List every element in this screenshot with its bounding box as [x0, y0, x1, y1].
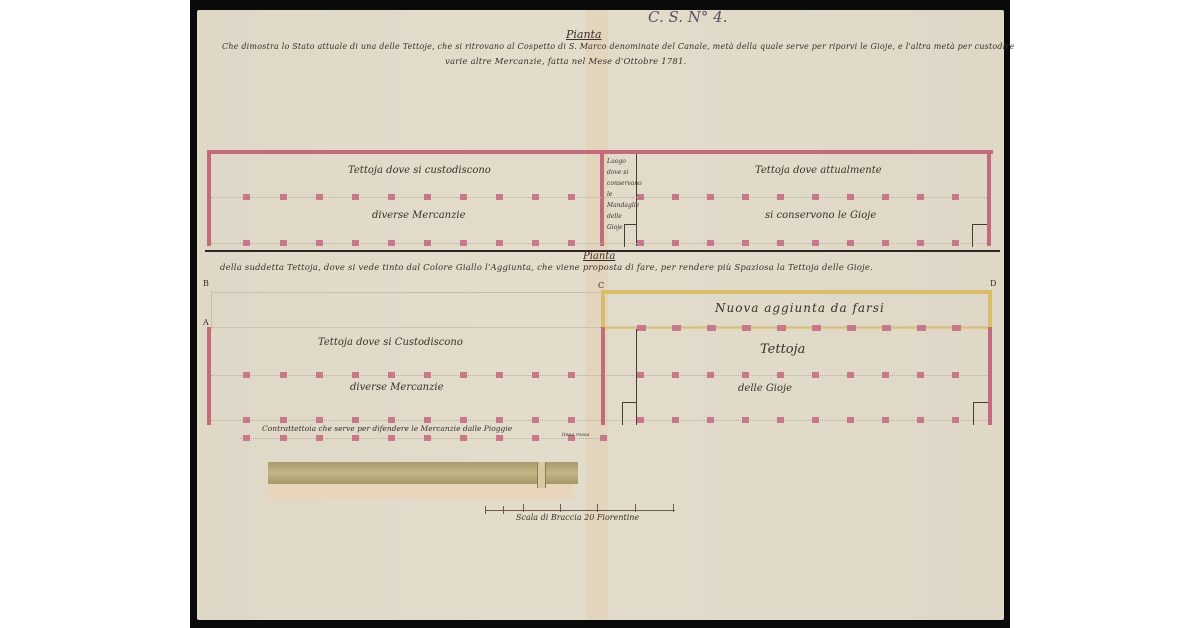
addition-right-wall	[988, 290, 992, 330]
pillar	[637, 194, 644, 200]
plan2-guide-line	[211, 375, 987, 376]
pillar	[532, 417, 539, 423]
corner-label-b: B	[203, 279, 209, 288]
pillar	[352, 194, 359, 200]
pillar	[243, 194, 250, 200]
pillar	[777, 194, 784, 200]
plan2-outline	[211, 290, 212, 330]
pillar	[812, 372, 819, 378]
addition-top-wall	[601, 290, 992, 294]
plan1-right-label-1: Tettoja dove attualmente	[755, 165, 882, 176]
pillar	[847, 325, 856, 331]
pillar	[460, 194, 467, 200]
scale-tick	[597, 504, 598, 512]
pillar	[952, 194, 959, 200]
pillar	[707, 240, 714, 246]
pillar	[388, 194, 395, 200]
pillar	[917, 372, 924, 378]
pillar	[243, 435, 250, 441]
pillar	[882, 194, 889, 200]
pillar	[424, 435, 431, 441]
pillar	[882, 417, 889, 423]
pillar	[882, 372, 889, 378]
pillar	[496, 194, 503, 200]
pillar	[496, 417, 503, 423]
pillar	[707, 372, 714, 378]
pillar	[316, 372, 323, 378]
plan2-right-label-1: Tettoja	[760, 342, 805, 357]
pillar	[424, 417, 431, 423]
pillar	[460, 372, 467, 378]
pillar	[812, 194, 819, 200]
addition-bottom-line	[605, 326, 988, 329]
pillar	[742, 325, 751, 331]
pillar	[280, 240, 287, 246]
pillar	[532, 435, 539, 441]
pillar	[742, 194, 749, 200]
pillar	[812, 417, 819, 423]
pillar	[812, 325, 821, 331]
scale-tick	[635, 504, 636, 512]
pillar	[637, 240, 644, 246]
plan2-right-wall	[988, 327, 992, 425]
pillar	[424, 194, 431, 200]
pillar	[637, 325, 646, 331]
pillar	[882, 325, 891, 331]
pillar	[952, 417, 959, 423]
pillar	[352, 240, 359, 246]
pillar	[496, 240, 503, 246]
pillar	[952, 325, 961, 331]
pillar	[243, 417, 250, 423]
pillar	[847, 372, 854, 378]
plan1-right-label-2: si conservono le Gioje	[765, 210, 876, 221]
pillar	[847, 194, 854, 200]
plan2-guide-line	[240, 438, 600, 439]
pillar	[280, 417, 287, 423]
pillar	[532, 372, 539, 378]
pillar	[952, 240, 959, 246]
addition-label: Nuova aggiunta da farsi	[715, 301, 885, 315]
corner-label-c: C	[598, 281, 604, 290]
plan1-left-label-2: diverse Mercanzie	[372, 210, 466, 221]
pillar	[496, 372, 503, 378]
plan2-outline	[211, 292, 601, 293]
pillar	[388, 435, 395, 441]
scale-tick	[485, 506, 486, 514]
pillar	[532, 194, 539, 200]
plan1-caption-line2: varie altre Mercanzie, fatta nel Mese d'…	[445, 57, 687, 67]
pillar	[742, 240, 749, 246]
pillar	[707, 417, 714, 423]
pillar	[637, 372, 644, 378]
plan1-narrow-label: Luogo dove si conservano le Mandaglie de…	[607, 156, 635, 233]
pillar	[316, 194, 323, 200]
pillar	[742, 372, 749, 378]
pillar	[917, 325, 926, 331]
plan1-divider-wall	[600, 150, 604, 246]
pillar	[460, 435, 467, 441]
pillar	[460, 240, 467, 246]
staircase-icon	[972, 224, 987, 247]
pillar	[707, 194, 714, 200]
pillar	[742, 417, 749, 423]
pillar	[847, 417, 854, 423]
pillar	[777, 372, 784, 378]
pillar	[672, 372, 679, 378]
scale-label: Scala di Braccia 20 Fiorentine	[516, 513, 639, 522]
plan2-left-wall	[207, 327, 211, 425]
pillar	[672, 325, 681, 331]
pillar	[917, 194, 924, 200]
lean-to-note: linea rossa	[562, 432, 589, 438]
scale-tick	[503, 506, 504, 514]
pillar	[777, 325, 786, 331]
pillar	[672, 240, 679, 246]
plan2-divider-wall	[601, 327, 605, 425]
plan1-guide-line	[211, 243, 987, 244]
pillar	[243, 372, 250, 378]
pillar	[243, 240, 250, 246]
pillar	[568, 417, 575, 423]
pillar	[532, 240, 539, 246]
pillar	[672, 417, 679, 423]
pillar	[280, 435, 287, 441]
pillar	[917, 240, 924, 246]
pillar	[568, 194, 575, 200]
pillar	[316, 417, 323, 423]
pillar	[812, 240, 819, 246]
scale-line	[485, 510, 675, 511]
pillar	[352, 417, 359, 423]
section-shadow	[268, 484, 573, 499]
pillar	[952, 372, 959, 378]
plan2-guide-line	[211, 420, 987, 421]
pillar	[707, 325, 716, 331]
plan1-left-label-1: Tettoja dove si custodiscono	[348, 165, 491, 176]
column-icon	[537, 462, 546, 488]
pillar	[777, 240, 784, 246]
plan2-caption: della suddetta Tettoja, dove si vede tin…	[220, 263, 873, 273]
pillar	[637, 417, 644, 423]
pillar	[568, 372, 575, 378]
archive-mark: C. S. N° 4.	[648, 8, 727, 26]
corner-label-a: A	[203, 318, 209, 327]
plan2-title: Pianta	[583, 251, 615, 262]
pillar	[280, 372, 287, 378]
scale-tick	[673, 504, 674, 512]
pillar	[352, 372, 359, 378]
pillar	[280, 194, 287, 200]
pillar	[352, 435, 359, 441]
corner-label-d: D	[990, 279, 996, 288]
plan2-left-label-1: Tettoja dove si Custodiscono	[318, 337, 463, 348]
pillar	[496, 435, 503, 441]
pillar	[568, 240, 575, 246]
staircase-icon	[973, 402, 988, 425]
plan1-title: Pianta	[566, 28, 602, 41]
pillar	[600, 435, 607, 441]
plan1-right-wall	[987, 150, 991, 246]
addition-left-wall	[601, 290, 605, 330]
pillar	[777, 417, 784, 423]
plan1-caption-line1: Che dimostra lo Stato attuale di una del…	[222, 42, 1014, 51]
pillar	[917, 417, 924, 423]
pillar	[388, 372, 395, 378]
plan1-guide-line	[211, 197, 987, 198]
staircase-icon	[622, 402, 637, 425]
pillar	[672, 194, 679, 200]
pillar	[316, 240, 323, 246]
plan1-left-wall	[207, 150, 211, 246]
pillar	[847, 240, 854, 246]
plan2-right-label-2: delle Gioje	[738, 383, 792, 394]
lean-to-label: Contrattettoia che serve per difendere l…	[262, 424, 512, 433]
pillar	[424, 372, 431, 378]
pillar	[460, 417, 467, 423]
pillar	[882, 240, 889, 246]
plan2-left-label-2: diverse Mercanzie	[350, 382, 444, 393]
pillar	[316, 435, 323, 441]
roof-section	[268, 462, 578, 484]
pillar	[424, 240, 431, 246]
pillar	[388, 240, 395, 246]
pillar	[388, 417, 395, 423]
scale-tick	[523, 504, 524, 512]
scale-tick	[560, 504, 561, 512]
